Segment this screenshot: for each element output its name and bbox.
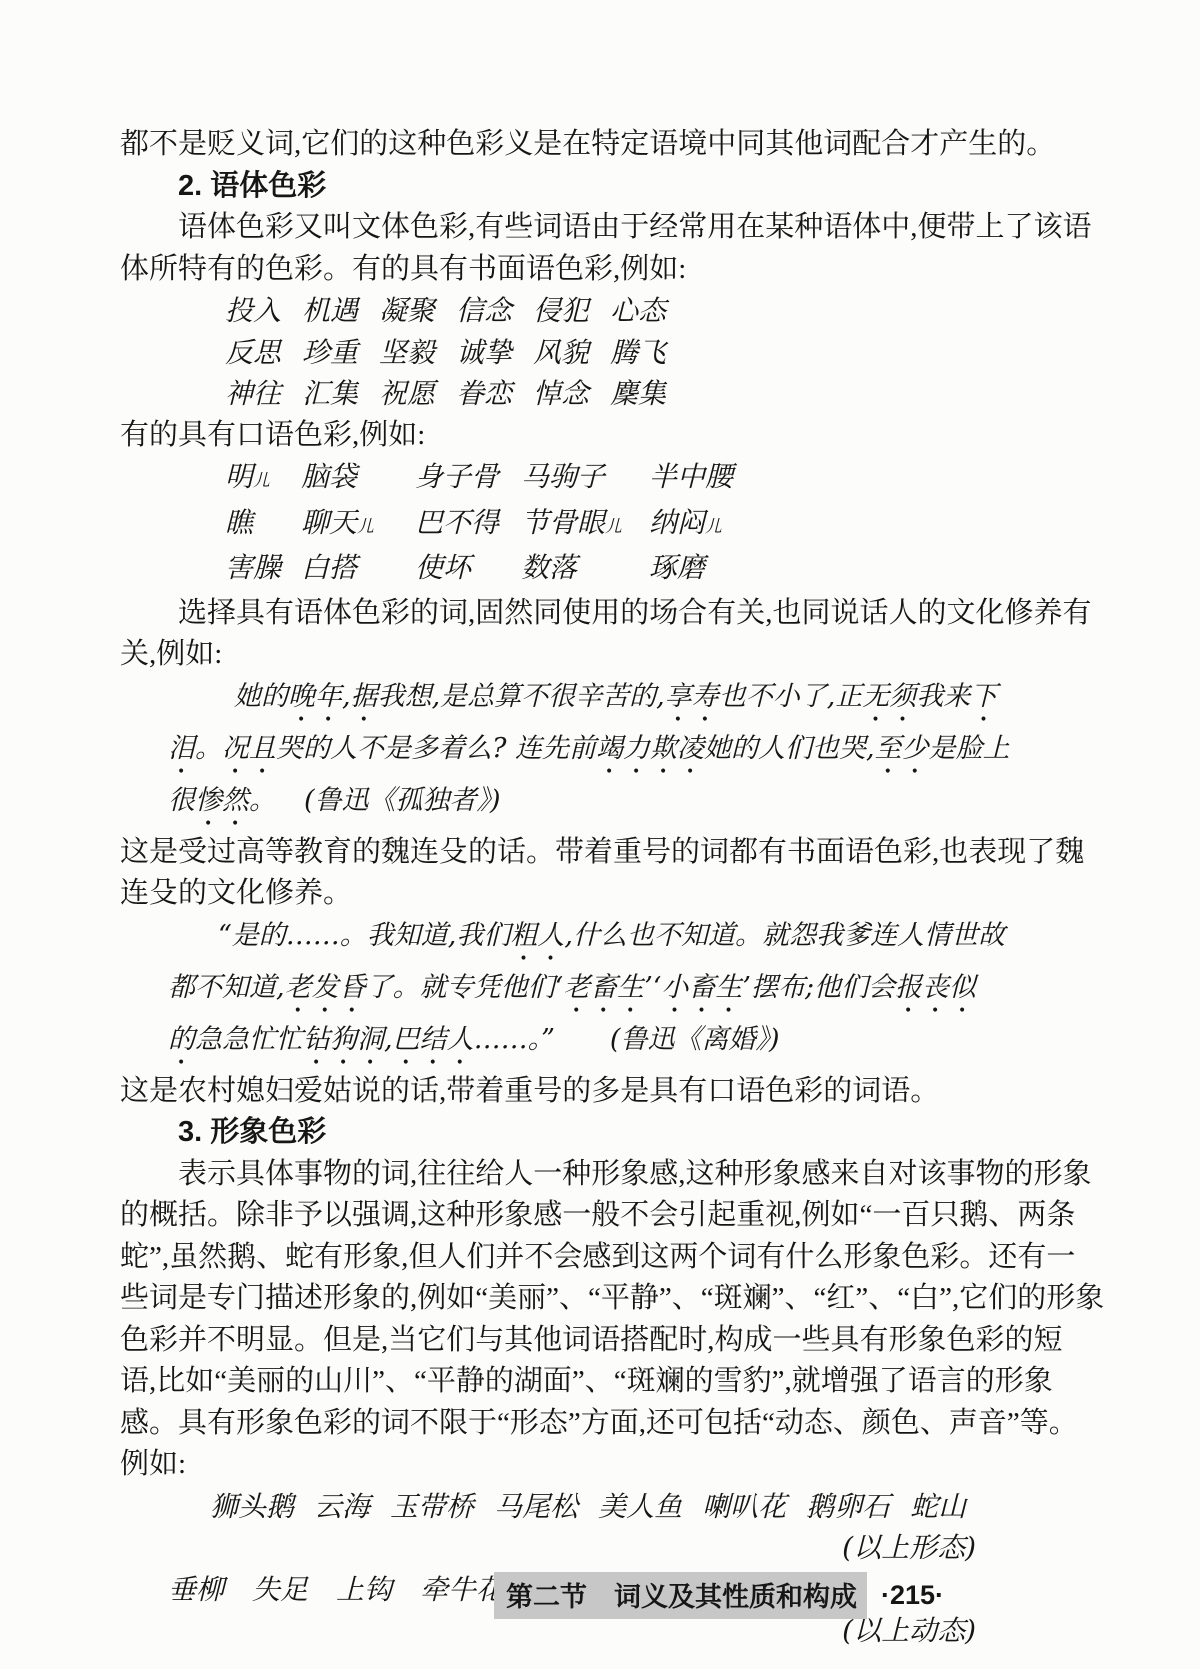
paragraph-imagery-line7: 感。具有形象色彩的词不限于“形态”方面,还可包括“动态、颜色、声音”等。 xyxy=(120,1403,1086,1445)
list-word: 云海 xyxy=(314,1486,370,1528)
page-content: 都不是贬义词,它们的这种色彩义是在特定语境中同其他词配合才产生的。 2. 语体色… xyxy=(120,124,1086,1652)
paragraph-spoken-intro: 有的具有口语色彩,例如: xyxy=(120,415,1086,457)
label-shape-category: (以上形态) xyxy=(120,1527,1086,1569)
paragraph-imagery-line2: 的概括。除非予以强调,这种形象感一般不会引起重视,例如“一百只鹅、两条 xyxy=(120,1195,1086,1237)
page-footer: 第二节 词义及其性质和构成 ·215· xyxy=(494,1572,944,1619)
word-list-shape-row: 狮头鹅云海玉带桥马尾松美人鱼喇叭花鹅卵石蛇山 xyxy=(120,1486,1086,1528)
paragraph-imagery-line1: 表示具体事物的词,往往给人一种形象感,这种形象感来自对该事物的形象 xyxy=(120,1154,1086,1196)
quote-solitary-line1: 她的晚年,据我想,是总算不很辛苦的,享寿也不小了,正无须我来下 xyxy=(168,676,1086,728)
list-word: 玉带桥 xyxy=(390,1486,474,1528)
list-word: 投入 xyxy=(225,290,302,332)
list-word: 害臊 xyxy=(225,547,301,593)
list-word: 巴不得 xyxy=(415,502,521,548)
list-word: 琢磨 xyxy=(649,547,1086,593)
list-word: 麇集 xyxy=(610,373,1086,415)
paragraph-wei-line2: 连殳的文化修养。 xyxy=(120,873,1086,915)
list-word: 数落 xyxy=(521,547,649,593)
list-word: 牵牛花 xyxy=(420,1569,504,1611)
list-word: 珍重 xyxy=(302,332,379,374)
list-word: 侵犯 xyxy=(533,290,610,332)
word-list-written-row1: 投入机遇凝聚信念侵犯心态 xyxy=(120,290,1086,332)
quote-attribution: (鲁迅《孤独者》) xyxy=(304,785,501,816)
list-word: 上钩 xyxy=(336,1569,392,1611)
list-word: 眷恋 xyxy=(456,373,533,415)
list-word: 悼念 xyxy=(533,373,610,415)
quote-solitary-line2: 泪。况且哭的人不是多着么? 连先前竭力欺凌她的人们也哭,至少是脸上 xyxy=(168,728,1086,780)
footer-section-title: 第二节 词义及其性质和构成 xyxy=(494,1572,867,1619)
paragraph-wei-line1: 这是受过高等教育的魏连殳的话。带着重号的词都有书面语色彩,也表现了魏 xyxy=(120,832,1086,874)
list-word: 诚挚 xyxy=(456,332,533,374)
word-list-written-row3: 神往汇集祝愿眷恋悼念麇集 xyxy=(120,373,1086,415)
list-word: 机遇 xyxy=(302,290,379,332)
quote-solitary-line3: 很惨然。(鲁迅《孤独者》) xyxy=(168,780,1086,832)
list-word: 风貌 xyxy=(533,332,610,374)
word-list-spoken-row1: 明儿 脑袋 身子骨 马驹子 半中腰 xyxy=(120,456,1086,502)
list-word: 垂柳 xyxy=(168,1569,224,1611)
word-list-spoken-row3: 害臊 白搭 使坏 数落 琢磨 xyxy=(120,547,1086,593)
paragraph-imagery-line6: 语,比如“美丽的山川”、“平静的湖面”、“斑斓的雪豹”,就增强了语言的形象 xyxy=(120,1361,1086,1403)
paragraph-imagery-line3: 蛇”,虽然鹅、蛇有形象,但人们并不会感到这两个词有什么形象色彩。还有一 xyxy=(120,1237,1086,1279)
heading-imagery-color: 3. 形象色彩 xyxy=(120,1112,1086,1154)
list-word: 身子骨 xyxy=(415,456,521,502)
list-word: 祝愿 xyxy=(379,373,456,415)
list-word: 蛇山 xyxy=(910,1486,966,1528)
list-word: 马尾松 xyxy=(494,1486,578,1528)
list-word: 神往 xyxy=(225,373,302,415)
list-word: 明儿 xyxy=(225,456,301,502)
list-word: 失足 xyxy=(252,1569,308,1611)
list-word: 汇集 xyxy=(302,373,379,415)
list-word: 信念 xyxy=(456,290,533,332)
list-word: 鹅卵石 xyxy=(806,1486,890,1528)
quote-divorce-line2: 都不知道,老发昏了。就专凭他们‘老畜生’‘小畜生’摆布;他们会报丧似 xyxy=(168,967,1086,1019)
paragraph-imagery-line5: 色彩并不明显。但是,当它们与其他词语搭配时,构成一些具有形象色彩的短 xyxy=(120,1320,1086,1362)
list-word: 脑袋 xyxy=(301,456,415,502)
page-number: ·215· xyxy=(881,1580,944,1611)
list-word: 瞧 xyxy=(225,502,301,548)
list-word: 狮头鹅 xyxy=(210,1486,294,1528)
list-word: 坚毅 xyxy=(379,332,456,374)
paragraph-aigu: 这是农村媳妇爱姑说的话,带着重号的多是具有口语色彩的词语。 xyxy=(120,1071,1086,1113)
list-word: 腾飞 xyxy=(610,332,1086,374)
quote-divorce-line1: “是的……。我知道,我们粗人,什么也不知道。就怨我爹连人情世故 xyxy=(168,915,1086,967)
paragraph-choice-line2: 关,例如: xyxy=(120,634,1086,676)
quote-attribution: (鲁迅《离婚》) xyxy=(610,1024,780,1055)
paragraph-choice-line1: 选择具有语体色彩的词,固然同使用的场合有关,也同说话人的文化修养有 xyxy=(120,593,1086,635)
list-word: 马驹子 xyxy=(521,456,649,502)
paragraph-continuation: 都不是贬义词,它们的这种色彩义是在特定语境中同其他词配合才产生的。 xyxy=(120,124,1086,166)
list-word: 纳闷儿 xyxy=(649,502,1086,548)
paragraph-imagery-line4: 些词是专门描述形象的,例如“美丽”、“平静”、“斑斓”、“红”、“白”,它们的形… xyxy=(120,1278,1086,1320)
word-list-written-row2: 反思珍重坚毅诚挚风貌腾飞 xyxy=(120,332,1086,374)
textbook-page: 都不是贬义词,它们的这种色彩义是在特定语境中同其他词配合才产生的。 2. 语体色… xyxy=(0,0,1200,1669)
list-word: 喇叭花 xyxy=(702,1486,786,1528)
paragraph-imagery-line8: 例如: xyxy=(120,1444,1086,1486)
list-word: 使坏 xyxy=(415,547,521,593)
list-word: 心态 xyxy=(610,290,1086,332)
paragraph-stylistic-line2: 体所特有的色彩。有的具有书面语色彩,例如: xyxy=(120,249,1086,291)
list-word: 聊天儿 xyxy=(301,502,415,548)
quote-divorce-line3: 的急急忙忙钻狗洞,巴结人……。”(鲁迅《离婚》) xyxy=(168,1019,1086,1071)
list-word: 美人鱼 xyxy=(598,1486,682,1528)
list-word: 半中腰 xyxy=(649,456,1086,502)
heading-stylistic-color: 2. 语体色彩 xyxy=(120,166,1086,208)
word-list-spoken-row2: 瞧 聊天儿 巴不得 节骨眼儿 纳闷儿 xyxy=(120,502,1086,548)
list-word: 反思 xyxy=(225,332,302,374)
list-word: 节骨眼儿 xyxy=(521,502,649,548)
paragraph-stylistic-line1: 语体色彩又叫文体色彩,有些词语由于经常用在某种语体中,便带上了该语 xyxy=(120,207,1086,249)
list-word: 白搭 xyxy=(301,547,415,593)
list-word: 凝聚 xyxy=(379,290,456,332)
